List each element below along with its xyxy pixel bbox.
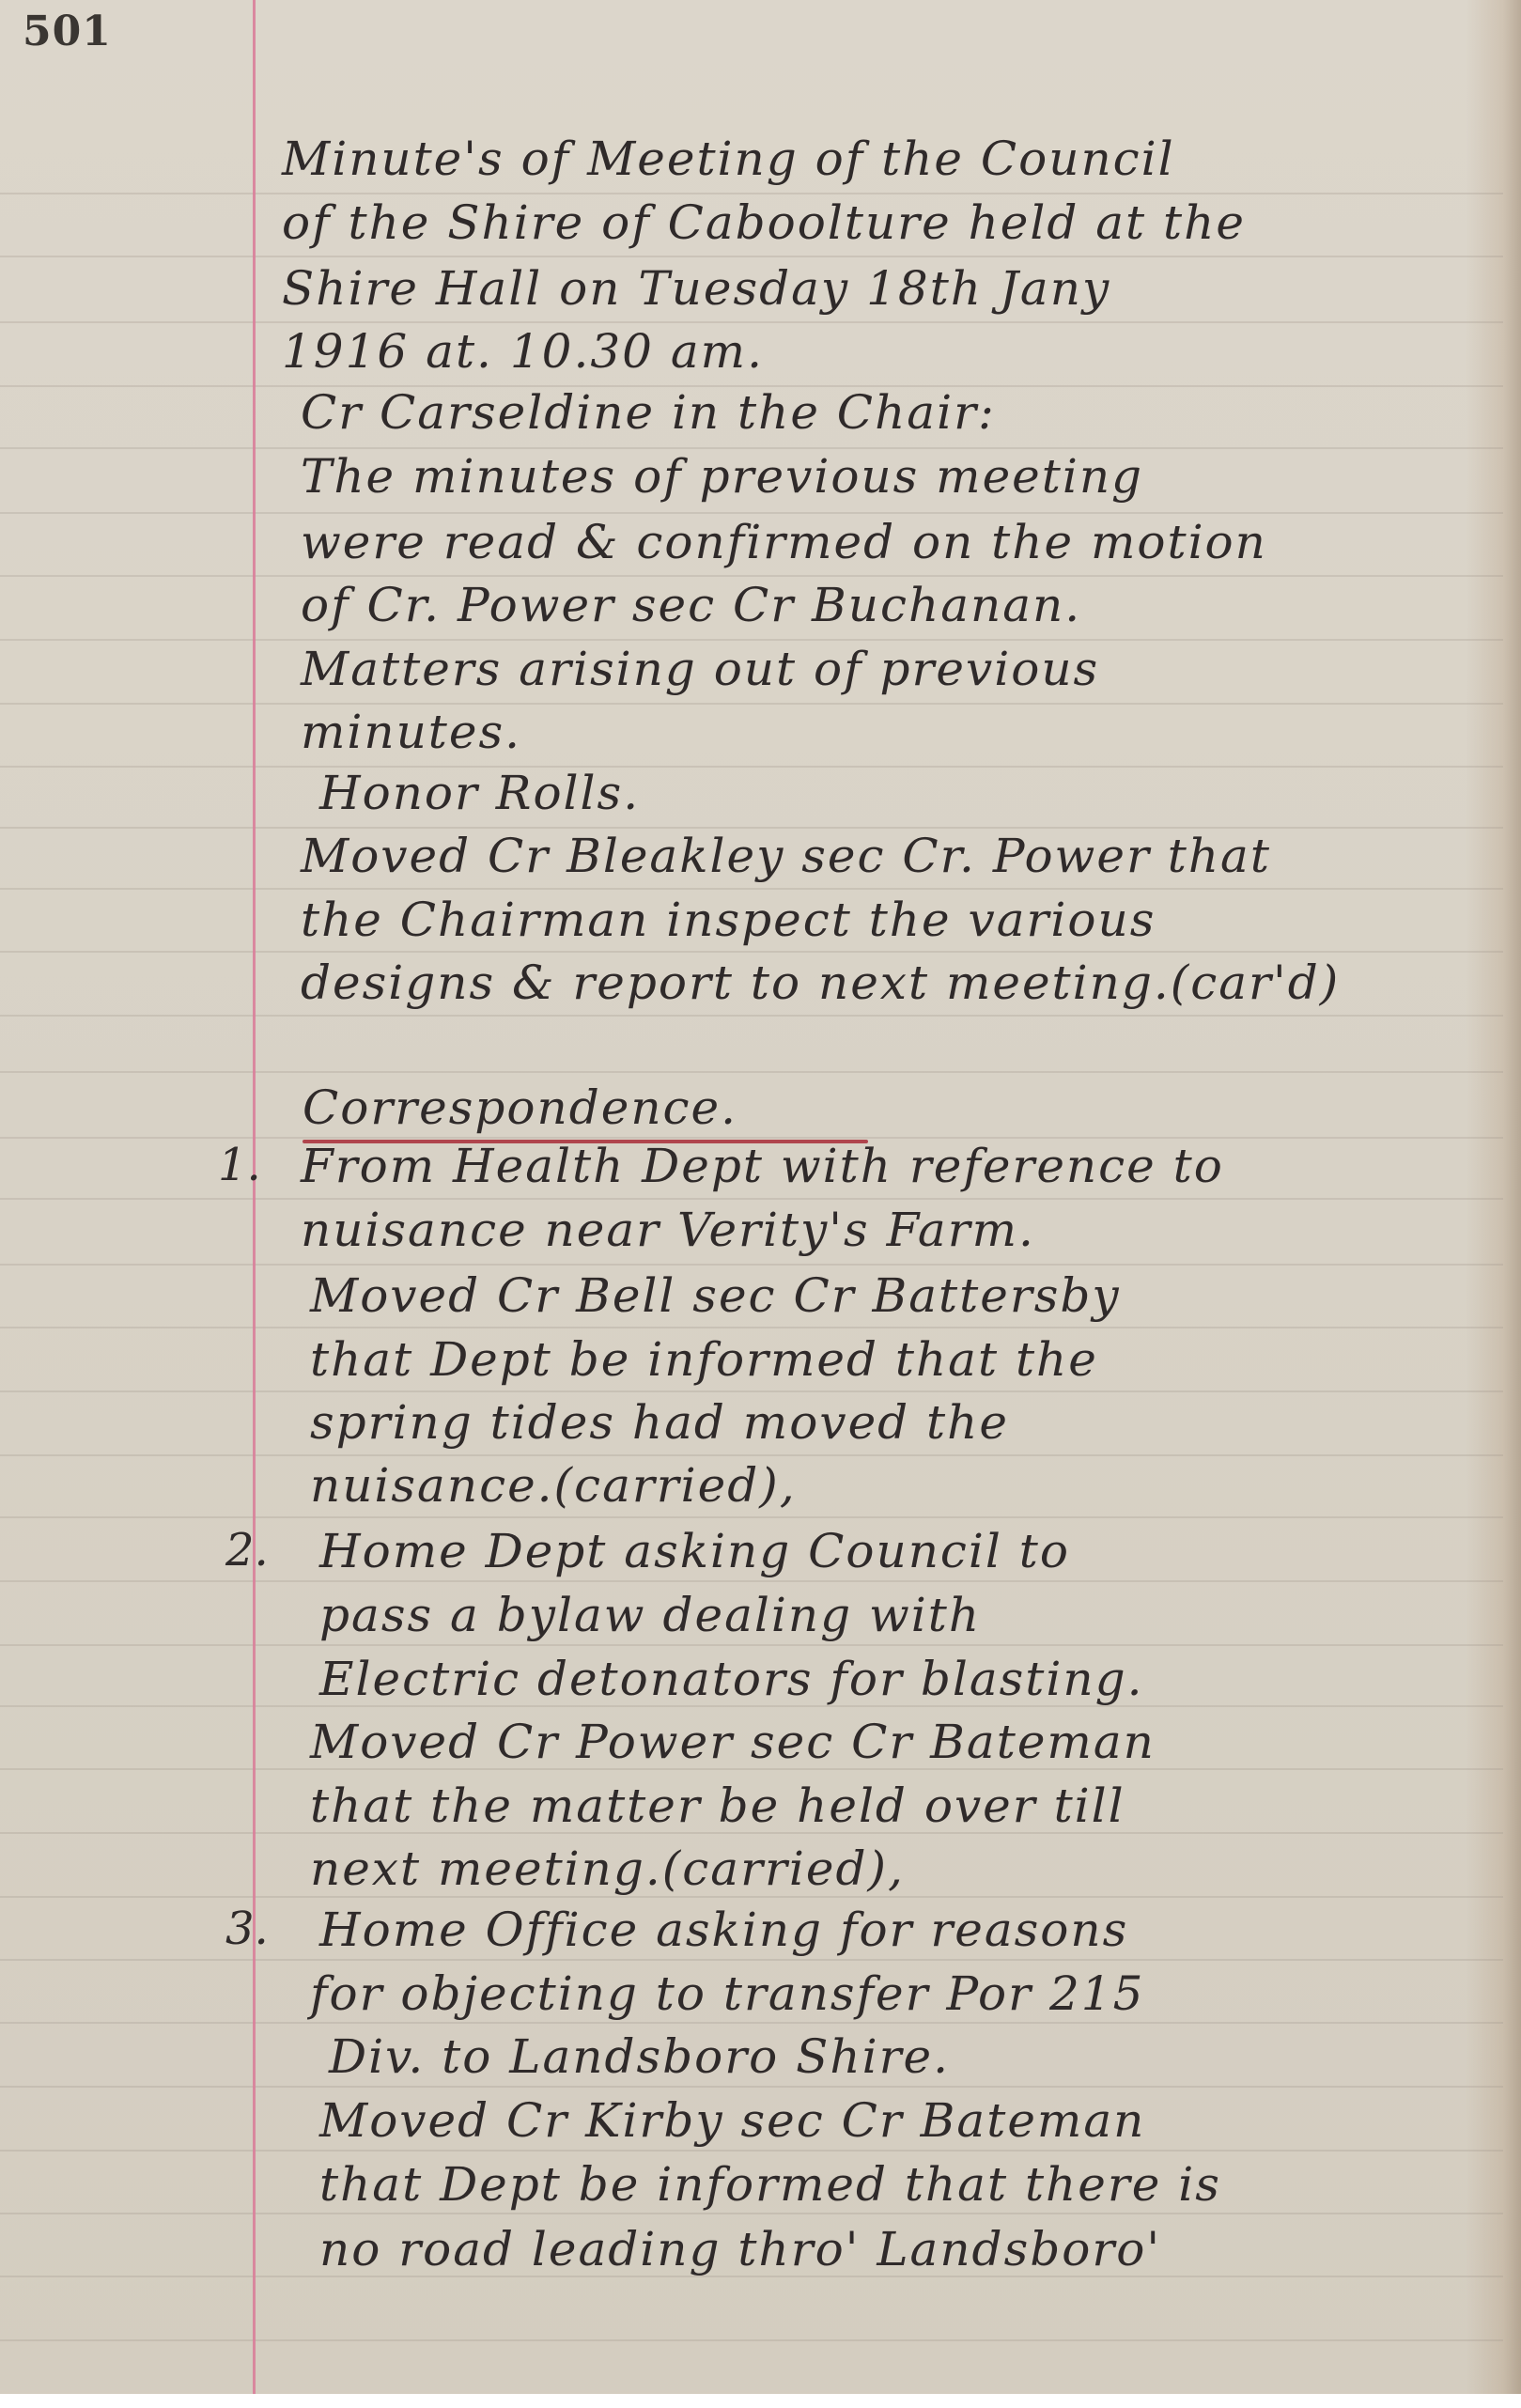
ruled-line — [0, 2022, 1503, 2024]
ruled-line — [0, 512, 1503, 514]
chair-line: Cr Carseldine in the Chair: — [301, 385, 996, 440]
ruled-line — [0, 256, 1503, 257]
ruled-line — [0, 193, 1503, 194]
ledger-page: 501 Minute's of Meeting of the Council o… — [0, 0, 1521, 2396]
correspondence-line: spring tides had moved the — [310, 1395, 1009, 1450]
opening-line: of Cr. Power sec Cr Buchanan. — [301, 578, 1081, 632]
ruled-line — [0, 321, 1503, 323]
ruled-line — [0, 1390, 1503, 1392]
opening-line: minutes. — [301, 705, 521, 759]
correspondence-line: for objecting to transfer Por 215 — [310, 1966, 1144, 2021]
correspondence-line: Electric detonators for blasting. — [319, 1652, 1143, 1706]
correspondence-line: Div. to Landsboro Shire. — [329, 2029, 950, 2084]
correspondence-line: Moved Cr Kirby sec Cr Bateman — [319, 2093, 1145, 2148]
page-bottom-edge — [0, 2394, 1521, 2408]
ruled-line — [0, 1959, 1503, 1961]
ruled-line — [0, 1015, 1503, 1017]
ruled-line — [0, 575, 1503, 577]
correspondence-line: next meeting.(carried), — [310, 1841, 905, 1896]
ruled-line — [0, 2213, 1503, 2214]
correspondence-line: that Dept be informed that the — [310, 1332, 1098, 1387]
correspondence-line: nuisance near Verity's Farm. — [301, 1203, 1035, 1257]
correspondence-line: that the matter be held over till — [310, 1779, 1125, 1833]
item-number: 2. — [225, 1524, 269, 1577]
ruled-line — [0, 1071, 1503, 1073]
section-title-correspondence: Correspondence. — [303, 1080, 737, 1135]
motion-line: designs & report to next meeting.(car'd) — [301, 955, 1340, 1010]
ruled-line — [0, 703, 1503, 705]
ruled-line — [0, 1516, 1503, 1518]
motion-line: the Chairman inspect the various — [301, 893, 1156, 947]
ruled-line — [0, 1896, 1503, 1898]
ruled-line — [0, 1454, 1503, 1456]
ruled-line — [0, 1644, 1503, 1646]
opening-line: The minutes of previous meeting — [301, 449, 1143, 504]
correspondence-line: Home Office asking for reasons — [319, 1903, 1128, 1957]
header-line: Shire Hall on Tuesday 18th Jany — [282, 261, 1110, 316]
correspondence-line: no road leading thro' Landsboro' — [319, 2222, 1161, 2276]
correspondence-line: Moved Cr Bell sec Cr Battersby — [310, 1268, 1121, 1323]
ruled-line — [0, 1327, 1503, 1328]
correspondence-line: pass a bylaw dealing with — [319, 1588, 981, 1642]
header-line: of the Shire of Caboolture held at the — [282, 195, 1246, 250]
header-line: Minute's of Meeting of the Council — [282, 132, 1175, 186]
ruled-line — [0, 2339, 1503, 2341]
opening-line: were read & confirmed on the motion — [301, 515, 1267, 569]
header-line: 1916 at. 10.30 am. — [282, 324, 764, 379]
ruled-line — [0, 1198, 1503, 1200]
correspondence-line: Moved Cr Power sec Cr Bateman — [310, 1715, 1156, 1769]
correspondence-line: nuisance.(carried), — [310, 1458, 797, 1513]
item-number: 1. — [218, 1139, 261, 1191]
ruled-line — [0, 1264, 1503, 1266]
section-title-honor-rolls: Honor Rolls. — [319, 766, 640, 820]
ruled-line — [0, 2150, 1503, 2152]
item-number: 3. — [225, 1903, 269, 1955]
ruled-line — [0, 951, 1503, 953]
correspondence-line: that Dept be informed that there is — [319, 2157, 1221, 2212]
ruled-line — [0, 888, 1503, 890]
margin-line — [253, 0, 256, 2396]
ruled-line — [0, 2086, 1503, 2088]
ruled-line — [0, 766, 1503, 768]
opening-line: Matters arising out of previous — [301, 642, 1099, 696]
ruled-line — [0, 639, 1503, 641]
correspondence-line: From Health Dept with reference to — [301, 1139, 1224, 1193]
motion-line: Moved Cr Bleakley sec Cr. Power that — [301, 829, 1271, 883]
correspondence-line: Home Dept asking Council to — [319, 1524, 1070, 1578]
page-number: 501 — [23, 8, 112, 55]
ruled-line — [0, 1580, 1503, 1582]
